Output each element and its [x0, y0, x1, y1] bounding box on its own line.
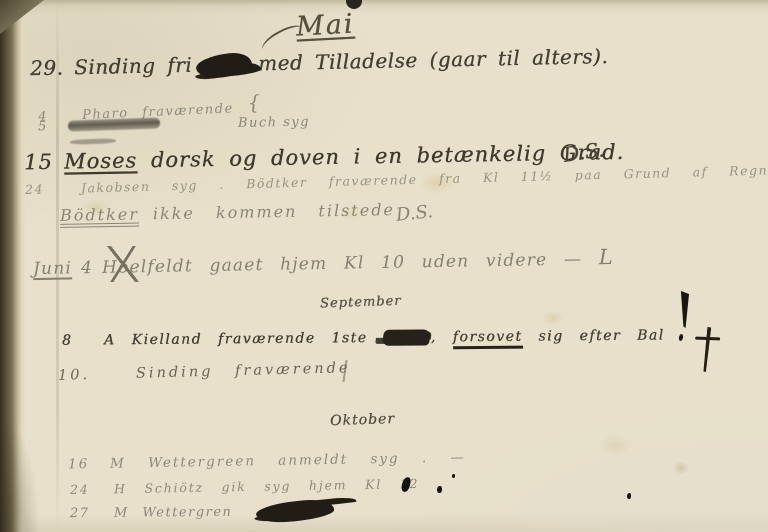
entry-day: 16 — [68, 456, 110, 473]
entry-okt-24: 24H Schiötz gik syg hjem Kl 12 — [70, 476, 420, 497]
ink-blot — [195, 51, 253, 81]
month-heading-oktober: Oktober — [330, 411, 395, 429]
entry-day: 24 — [70, 481, 114, 497]
teacher-initial: L — [598, 245, 614, 269]
entry-text: ikke kommen tilstede — [153, 200, 395, 223]
entry-okt-16: 16M Wettergreen anmeldt syg . — — [68, 450, 466, 473]
entry-text: , — [431, 329, 437, 345]
teacher-initials: D.S. — [395, 201, 434, 226]
entry-mai-24-note: Bödtkerikke kommen tilstede — [60, 200, 395, 225]
ink-speck — [627, 493, 631, 499]
entry-text: Sinding fraværende — [136, 360, 351, 382]
entry-okt-27: 27M Wettergren — [70, 501, 335, 523]
pencil-scribble — [68, 117, 160, 131]
entry-day: 8 — [62, 332, 104, 348]
ink-speck — [437, 486, 442, 493]
entry-text: sig efter Bal — [538, 327, 664, 344]
manuscript-page: Mai 29.Sinding frimed Tilladelse (gaar t… — [0, 0, 768, 532]
entry-text: gaaet hjem Kl 10 uden videre — — [209, 249, 582, 276]
entry-text: med Tilladelse (gaar til alters). — [258, 44, 609, 75]
underlined-word: forsovet — [453, 329, 523, 350]
pencil-smudge — [70, 138, 116, 145]
ink-blot — [256, 497, 336, 524]
entry-sep-10: 10.Sinding fraværende — [58, 360, 351, 384]
entry-text: Sinding fri — [74, 53, 193, 79]
entry-text: Buch syg — [238, 115, 310, 131]
entry-day: 15 — [24, 150, 56, 175]
entry-day: 10. — [58, 366, 136, 384]
month-label: Juni — [33, 258, 72, 279]
entry-day: 24 — [25, 181, 81, 197]
entry-mai-29: 29.Sinding frimed Tilladelse (gaar til a… — [30, 44, 609, 81]
binding-shadow — [0, 412, 40, 532]
entry-text: A Kielland fraværende 1ste — [104, 330, 368, 348]
entry-day: 5 — [38, 119, 68, 135]
student-name: Bödtker — [60, 205, 139, 228]
ink-speck — [452, 474, 455, 478]
cross-out-mark — [104, 246, 142, 282]
entry-text: M Wettergreen anmeldt syg . — — [110, 450, 466, 472]
entry-text: M Wettergren — [114, 505, 233, 521]
struck-out-word: Time — [382, 329, 431, 345]
student-name: Moses — [64, 148, 138, 173]
cross-mark — [692, 326, 723, 373]
entry-day: 4 — [81, 258, 93, 278]
entry-day: 29. — [30, 55, 64, 80]
exclamation-mark — [678, 291, 692, 345]
brace-flourish: { — [247, 90, 262, 115]
entry-day: 27 — [70, 506, 114, 521]
month-heading-mai: Mai — [295, 8, 355, 42]
month-heading-september: September — [320, 294, 402, 312]
entry-text: H Schiötz gik syg hjem Kl 12 — [114, 476, 420, 496]
entry-sep-8: 8A Kielland fraværende 1ste Time, forsov… — [62, 327, 665, 348]
ink-mark-top-edge — [346, 0, 362, 9]
